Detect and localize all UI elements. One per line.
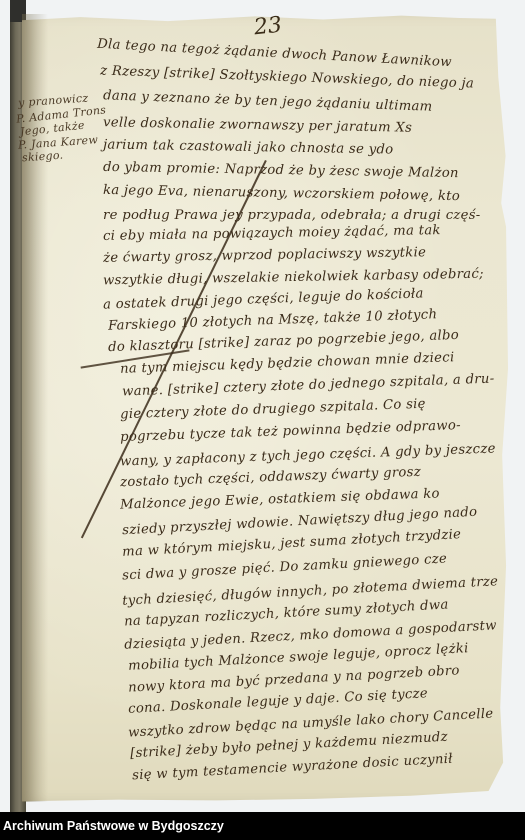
archive-name: Archiwum Państwowe w Bydgoszczy [3, 819, 224, 833]
page-number: 23 [253, 13, 283, 41]
manuscript-line: re podług Prawa jey przypada, odebrała; … [103, 208, 481, 223]
archive-caption-bar: Archiwum Państwowe w Bydgoszczy [0, 812, 525, 840]
document-scan: 23 y pranowicz P. Adama Trons Jego, takż… [0, 0, 525, 812]
